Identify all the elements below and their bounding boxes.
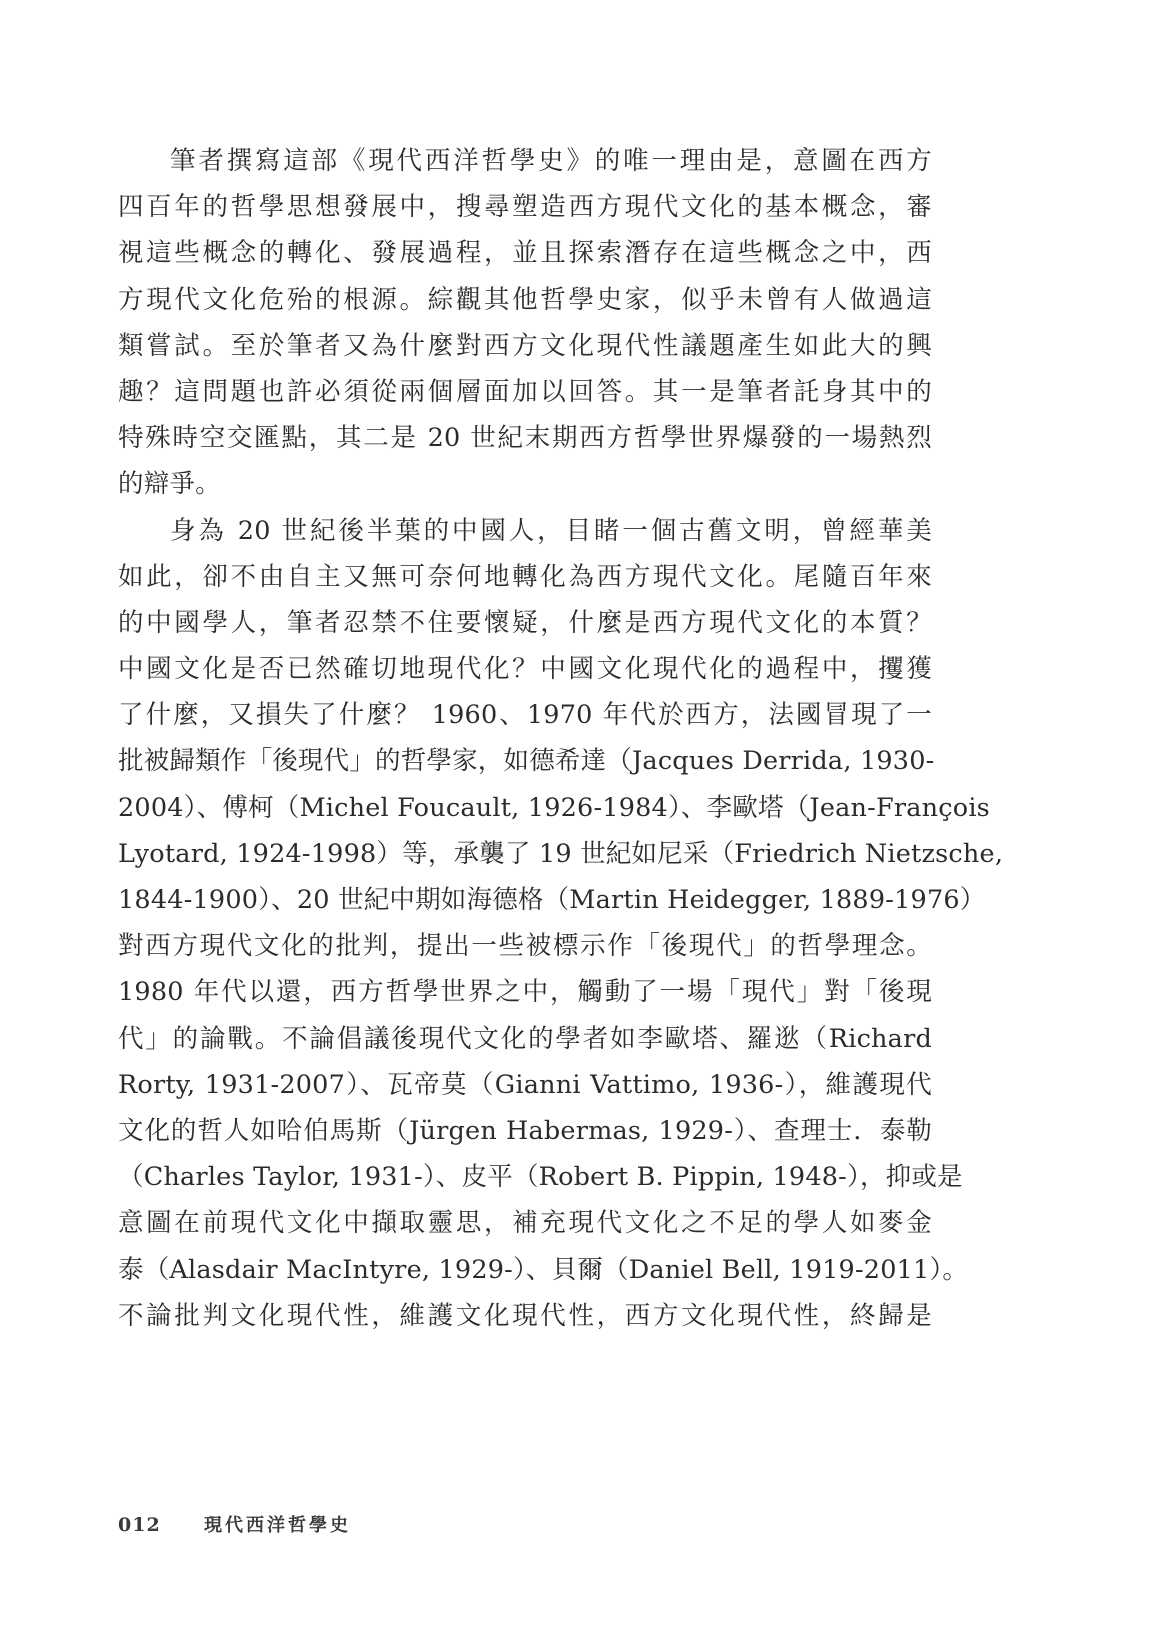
text-line: （Charles Taylor, 1931-）、皮平（Robert B. Pip… xyxy=(118,1154,932,1200)
text-line: 如此，卻不由自主又無可奈何地轉化為西方現代文化。尾隨百年來 xyxy=(118,554,932,600)
running-title: 現代西洋哲學史 xyxy=(204,1509,351,1543)
text-line: 泰（Alasdair MacIntyre, 1929-）、貝爾（Daniel B… xyxy=(118,1247,932,1293)
text-line: 方現代文化危殆的根源。綜觀其他哲學史家，似乎未曾有人做過這 xyxy=(118,277,932,323)
text-line: 筆者撰寫這部《現代西洋哲學史》的唯一理由是，意圖在西方 xyxy=(118,138,932,184)
text-line: 類嘗試。至於筆者又為什麼對西方文化現代性議題產生如此大的興 xyxy=(118,323,932,369)
text-line: 1980 年代以還，西方哲學世界之中，觸動了一場「現代」對「後現 xyxy=(118,969,932,1015)
text-line: 身為 20 世紀後半葉的中國人，目睹一個古舊文明，曾經華美 xyxy=(118,508,932,554)
text-line: 的辯爭。 xyxy=(118,461,932,507)
text-line: 2004）、傅柯（Michel Foucault, 1926-1984）、李歐塔… xyxy=(118,785,932,831)
text-line: 不論批判文化現代性，維護文化現代性，西方文化現代性，終歸是 xyxy=(118,1293,932,1339)
text-line: 的中國學人，筆者忍禁不住要懷疑，什麼是西方現代文化的本質？ xyxy=(118,600,932,646)
text-line: 特殊時空交匯點，其二是 20 世紀末期西方哲學世界爆發的一場熱烈 xyxy=(118,415,932,461)
page-footer: 012 現代西洋哲學史 xyxy=(118,1508,351,1542)
text-line: 趣？這問題也許必須從兩個層面加以回答。其一是筆者託身其中的 xyxy=(118,369,932,415)
text-line: 了什麼，又損失了什麼？ 1960、1970 年代於西方，法國冒現了一 xyxy=(118,692,932,738)
text-line: 四百年的哲學思想發展中，搜尋塑造西方現代文化的基本概念，審 xyxy=(118,184,932,230)
text-line: Rorty, 1931-2007）、瓦帝莫（Gianni Vattimo, 19… xyxy=(118,1062,932,1108)
text-line: 對西方現代文化的批判，提出一些被標示作「後現代」的哲學理念。 xyxy=(118,923,932,969)
text-line: 視這些概念的轉化、發展過程，並且探索潛存在這些概念之中，西 xyxy=(118,230,932,276)
paragraph-1: 筆者撰寫這部《現代西洋哲學史》的唯一理由是，意圖在西方 四百年的哲學思想發展中，… xyxy=(118,138,932,508)
paragraph-2: 身為 20 世紀後半葉的中國人，目睹一個古舊文明，曾經華美 如此，卻不由自主又無… xyxy=(118,508,932,1339)
text-line: 代」的論戰。不論倡議後現代文化的學者如李歐塔、羅逖（Richard xyxy=(118,1016,932,1062)
text-line: 意圖在前現代文化中擷取靈思，補充現代文化之不足的學人如麥金 xyxy=(118,1200,932,1246)
body-text: 筆者撰寫這部《現代西洋哲學史》的唯一理由是，意圖在西方 四百年的哲學思想發展中，… xyxy=(118,138,932,1339)
text-line: 中國文化是否已然確切地現代化？中國文化現代化的過程中，攫獲 xyxy=(118,646,932,692)
text-line: 1844-1900）、20 世紀中期如海德格（Martin Heidegger,… xyxy=(118,877,932,923)
text-line: 批被歸類作「後現代」的哲學家，如德希達（Jacques Derrida, 193… xyxy=(118,738,932,784)
text-line: 文化的哲人如哈伯馬斯（Jürgen Habermas, 1929-）、查理士．泰… xyxy=(118,1108,932,1154)
page-number: 012 xyxy=(118,1508,198,1542)
book-page: 筆者撰寫這部《現代西洋哲學史》的唯一理由是，意圖在西方 四百年的哲學思想發展中，… xyxy=(0,0,1165,1652)
text-line: Lyotard, 1924-1998）等，承襲了 19 世紀如尼采（Friedr… xyxy=(118,831,932,877)
